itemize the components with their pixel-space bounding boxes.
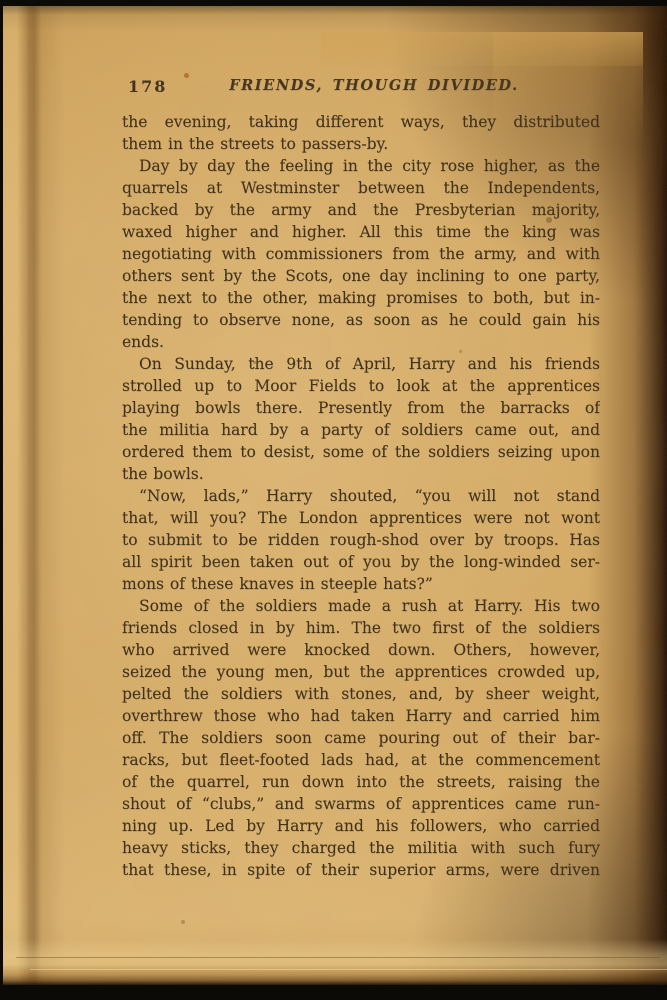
text-line: the militia hard by a party of soldiers …	[122, 419, 600, 441]
paper-speck	[181, 920, 185, 924]
text-line: seized the young men, but the apprentice…	[122, 661, 600, 683]
text-line: “Now, lads,” Harry shouted, “you will no…	[122, 485, 600, 507]
binding-gutter	[27, 6, 41, 985]
text-line: ordered them to desist, some of the sold…	[122, 441, 600, 463]
text-line: tending to observe none, as soon as he c…	[122, 309, 600, 331]
text-line: Some of the soldiers made a rush at Harr…	[122, 595, 600, 617]
text-line: ning up. Led by Harry and his followers,…	[122, 815, 600, 837]
text-block: the evening, taking different ways, they…	[122, 111, 600, 881]
scanned-book-photo: 178 FRIENDS, THOUGH DIVIDED. the evening…	[0, 0, 667, 1000]
text-line: racks, but fleet-footed lads had, at the…	[122, 749, 600, 771]
text-line: friends closed in by him. The two first …	[122, 617, 600, 639]
text-line: off. The soldiers soon came pouring out …	[122, 727, 600, 749]
text-line: who arrived were knocked down. Others, h…	[122, 639, 600, 661]
text-line: that, will you? The London apprentices w…	[122, 507, 600, 529]
text-line: them in the streets to passers-by.	[122, 133, 600, 155]
text-line: pelted the soldiers with stones, and, by…	[122, 683, 600, 705]
text-line: ends.	[122, 331, 600, 353]
text-line: the next to the other, making promises t…	[122, 287, 600, 309]
text-line: heavy sticks, they charged the militia w…	[122, 837, 600, 859]
text-line: the evening, taking different ways, they…	[122, 111, 600, 133]
page-number: 178	[128, 77, 167, 96]
text-line: Day by day the feeling in the city rose …	[122, 155, 600, 177]
page-bottom-edge	[3, 939, 667, 985]
text-line: playing bowls there. Presently from the …	[122, 397, 600, 419]
text-line: the bowls.	[122, 463, 600, 485]
book-page: 178 FRIENDS, THOUGH DIVIDED. the evening…	[3, 6, 667, 985]
text-line: waxed higher and higher. All this time t…	[122, 221, 600, 243]
text-line: negotiating with commissioners from the …	[122, 243, 600, 265]
text-line: strolled up to Moor Fields to look at th…	[122, 375, 600, 397]
running-title: FRIENDS, THOUGH DIVIDED.	[203, 77, 518, 94]
text-line: to submit to be ridden rough-shod over b…	[122, 529, 600, 551]
text-line: all spirit been taken out of you by the …	[122, 551, 600, 573]
text-line: quarrels at Westminster between the Inde…	[122, 177, 600, 199]
text-line: overthrew those who had taken Harry and …	[122, 705, 600, 727]
text-line: backed by the army and the Presbyterian …	[122, 199, 600, 221]
text-line: of the quarrel, run down into the street…	[122, 771, 600, 793]
text-line: others sent by the Scots, one day inclin…	[122, 265, 600, 287]
text-line: that these, in spite of their superior a…	[122, 859, 600, 881]
text-line: On Sunday, the 9th of April, Harry and h…	[122, 353, 600, 375]
text-line: mons of these knaves in steeple hats?”	[122, 573, 600, 595]
running-head: 178 FRIENDS, THOUGH DIVIDED.	[122, 75, 600, 99]
text-line: shout of “clubs,” and swarms of apprenti…	[122, 793, 600, 815]
